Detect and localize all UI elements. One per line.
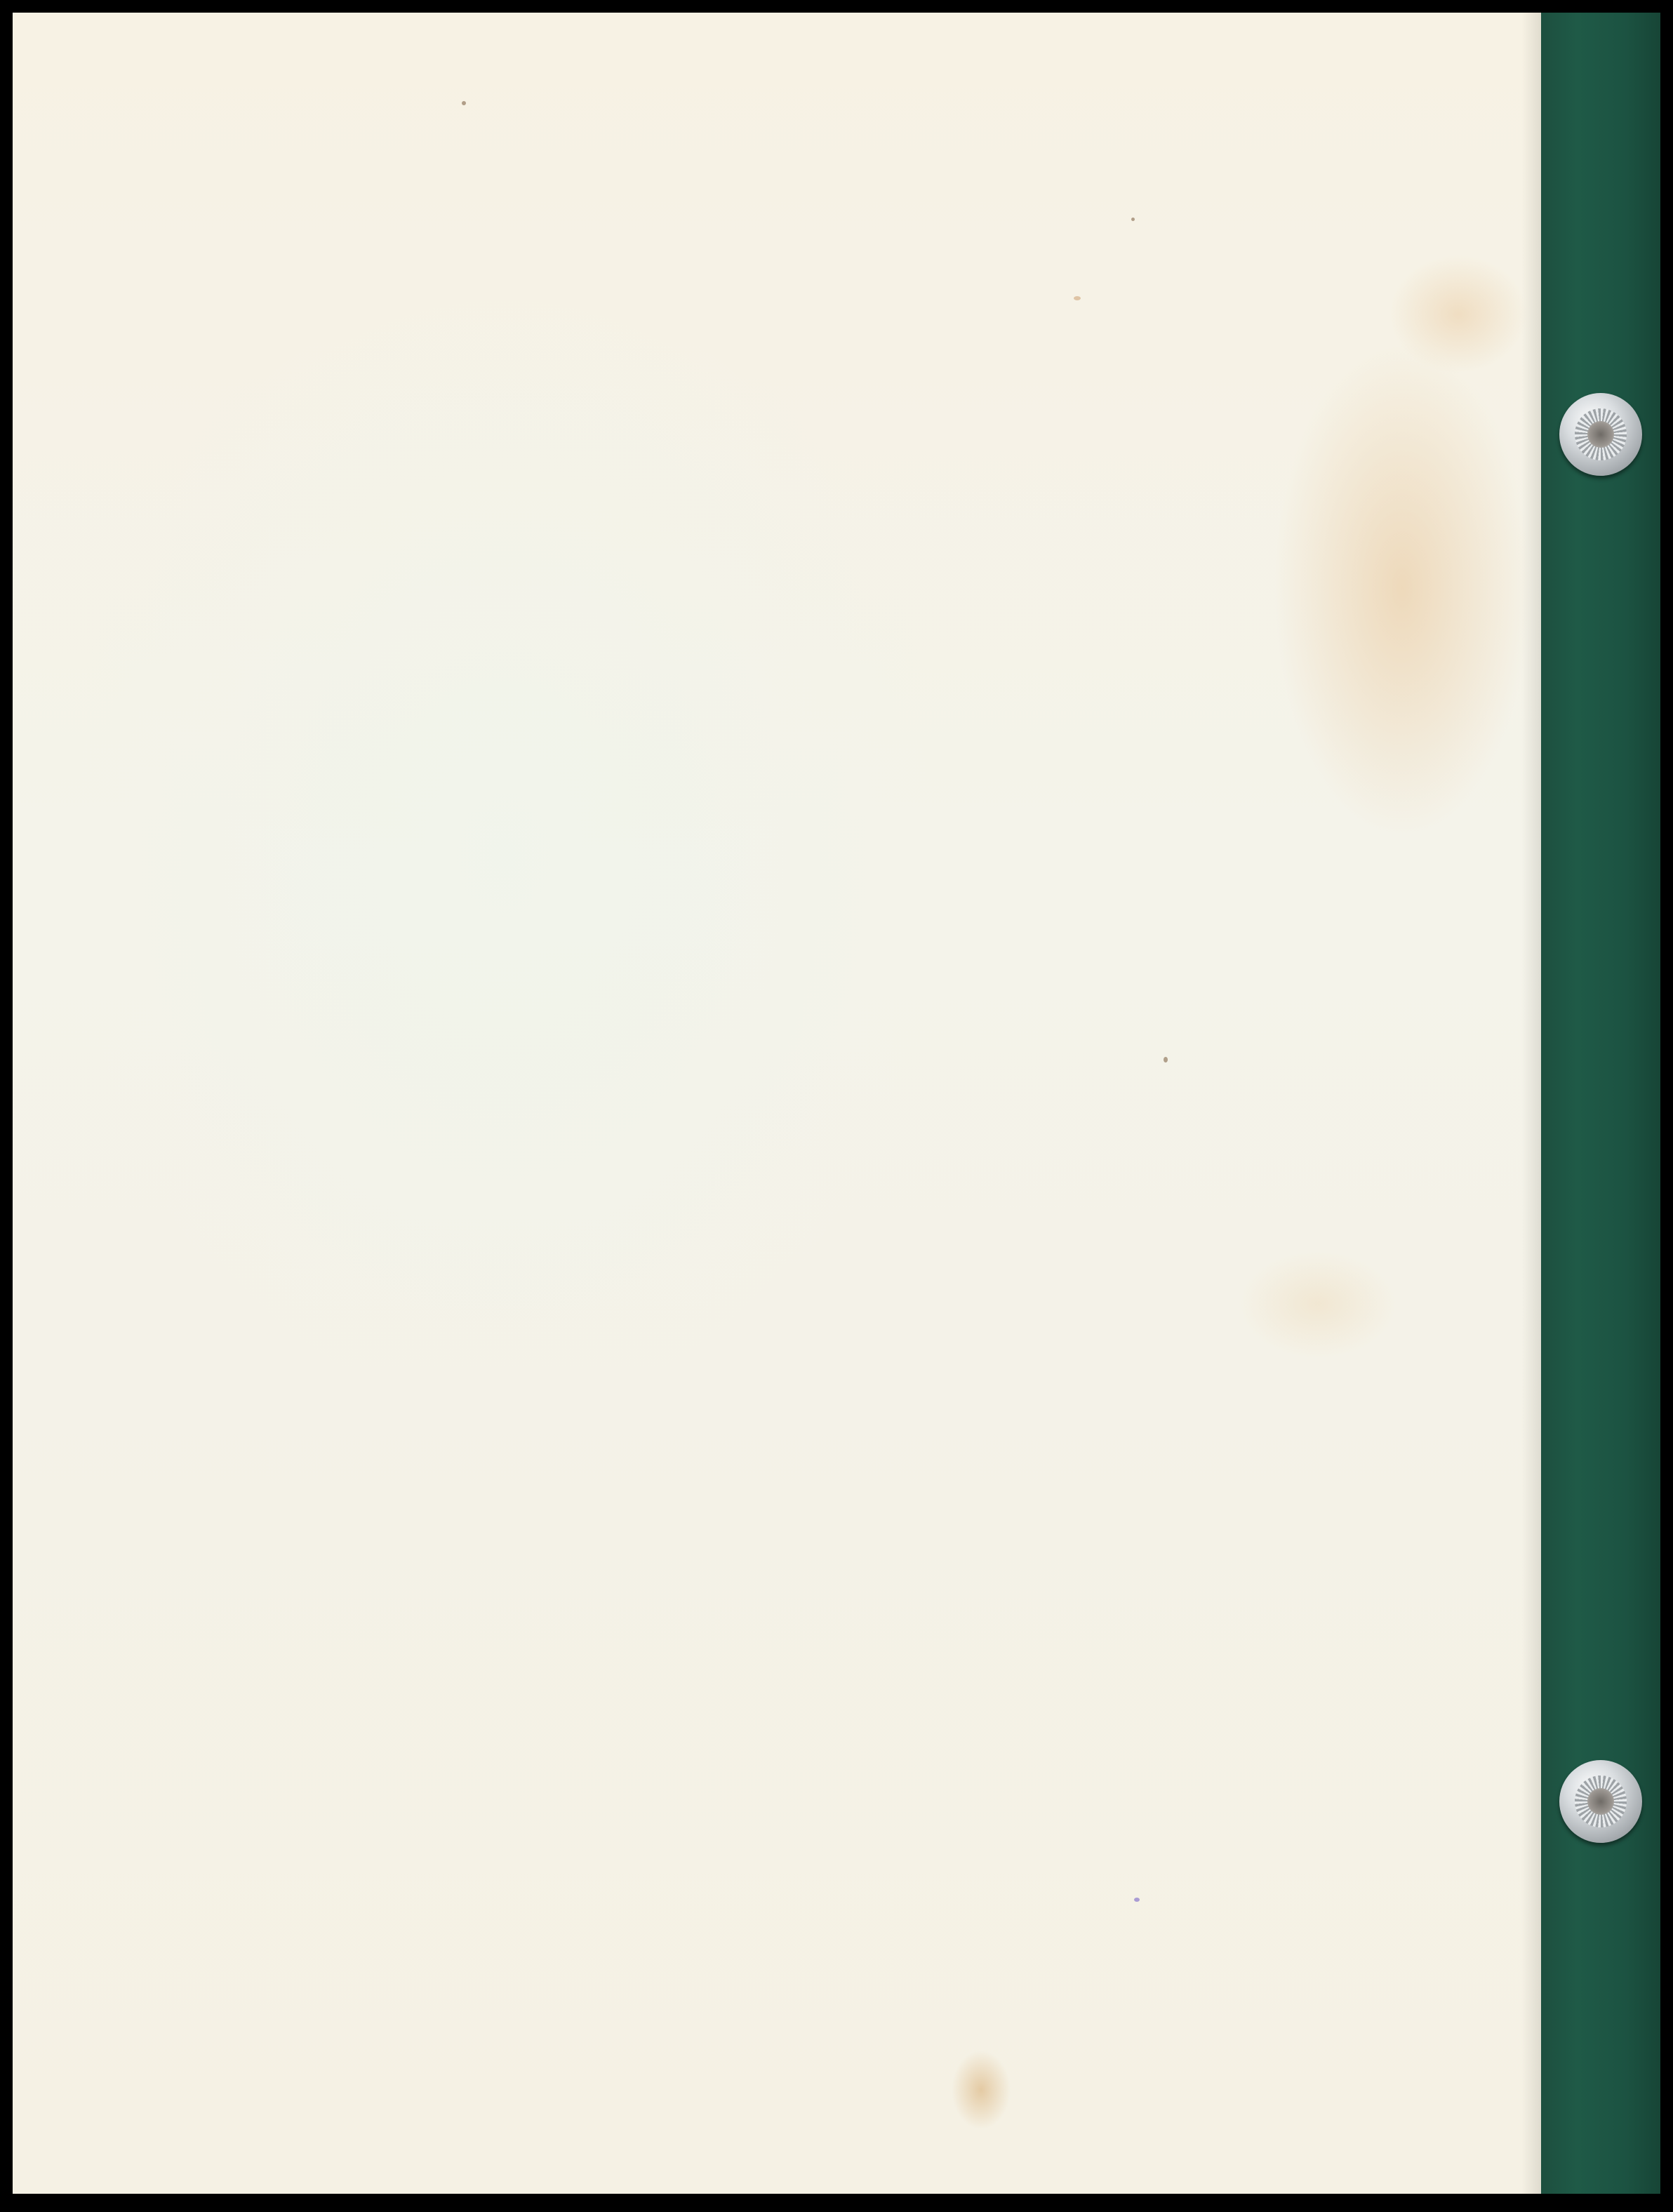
grommet-icon	[1559, 393, 1642, 476]
grommet-hole	[1587, 421, 1614, 448]
grommet-hole	[1587, 1788, 1614, 1815]
grommet-icon	[1559, 1760, 1642, 1843]
blank-paper-sheet	[13, 13, 1541, 2194]
ink-mark	[1134, 1898, 1140, 1902]
speck	[1131, 218, 1135, 221]
page-edge-shadow	[1521, 13, 1541, 2194]
speck	[1164, 1057, 1168, 1062]
speck	[462, 101, 466, 105]
scanned-page	[13, 13, 1660, 2194]
speck	[1074, 296, 1081, 300]
green-binding-strip	[1541, 13, 1660, 2194]
